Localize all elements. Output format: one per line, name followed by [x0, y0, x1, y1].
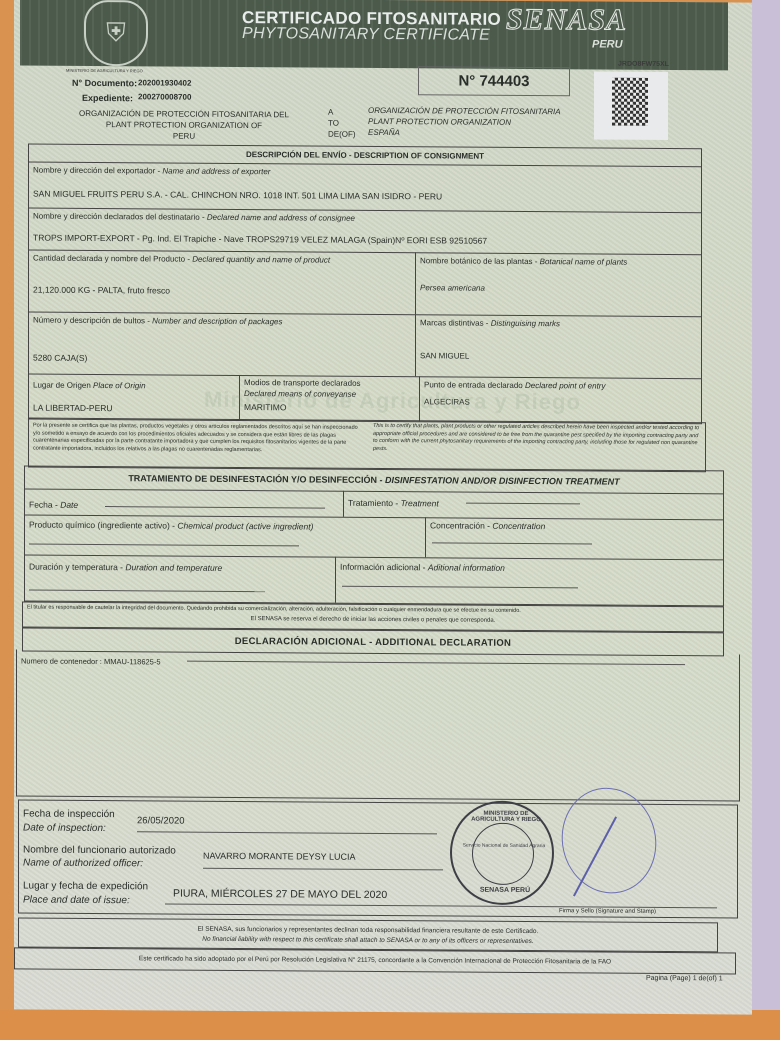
duration-field — [29, 590, 265, 593]
adoption-box: Este certificado ha sido adoptado por el… — [14, 947, 736, 974]
packages-label: Número y descripción de bultos - Number … — [33, 316, 282, 327]
envelope-background — [0, 1010, 780, 1040]
qr-code — [594, 71, 668, 140]
concentration-field — [432, 542, 592, 544]
expediente-value: 200270008700 — [138, 92, 191, 101]
quantity-cell: Cantidad declarada y nombre del Producto… — [29, 250, 415, 315]
treatment-date-label: Fecha - Date — [29, 500, 78, 510]
consignee-label: Nombre y dirección declarados del destin… — [33, 212, 355, 223]
issue-place-label-es: Lugar y fecha de expedición — [23, 880, 148, 892]
concentration-label: Concentración - Concentration — [430, 520, 545, 531]
origin-value: LA LIBERTAD-PERU — [33, 403, 113, 414]
marks-label: Marcas distintivas - Distinguising marks — [420, 318, 560, 328]
inspection-date-label-en: Date of inspection: — [23, 822, 106, 834]
exporter-value: SAN MIGUEL FRUITS PERU S.A. - CAL. CHINC… — [33, 189, 442, 202]
concentration-cell: Concentración - Concentration — [425, 517, 723, 559]
additional-info-cell: Información adicional - Aditional inform… — [335, 557, 723, 606]
stamp-inner-text: Servicio Nacional de Sanidad Agraria — [462, 843, 546, 850]
officer-label-es: Nombre del funcionario autorizado — [23, 844, 176, 856]
treatment-date-cell: Fecha - Date — [25, 489, 343, 517]
adoption-text: Este certificado ha sido adoptado por el… — [15, 954, 735, 967]
signature-label: Firma y Sello (Signature and Stamp) — [559, 908, 656, 915]
senasa-logo: SENASA — [506, 3, 627, 38]
page-indicator: Pagina (Page) 1 de(of) 1 — [646, 975, 723, 983]
duration-label: Duración y temperatura - Duration and te… — [29, 562, 222, 573]
inspection-date-line — [137, 831, 437, 834]
qr-code-icon — [612, 78, 648, 126]
chemical-label: Producto químico (ingrediente activo) - … — [29, 520, 313, 532]
to-labels: A TO DE(OF) — [328, 107, 356, 140]
officer-label-en: Name of authorized officer: — [23, 857, 143, 869]
from-org-line1: ORGANIZACIÓN DE PROTECCIÓN FITOSANITARIA… — [54, 108, 314, 121]
certification-statement: Por la presente se certifica que las pla… — [28, 418, 706, 473]
additional-info-field — [342, 586, 578, 589]
qr-code-label: JRDO8FW75XL — [618, 61, 669, 68]
to-label-to: TO — [328, 118, 356, 129]
treatment-type-label: Tratamiento - Treatment — [348, 498, 439, 509]
issue-place-value: PIURA, MIÉRCOLES 27 DE MAYO DEL 2020 — [173, 888, 387, 901]
chemical-cell: Producto químico (ingrediente activo) - … — [25, 515, 425, 558]
origin-label: Lugar de Origen Place of Origin — [33, 381, 146, 391]
officer-line — [203, 868, 443, 871]
stamp-crest-icon — [472, 823, 534, 885]
issue-place-line — [165, 903, 717, 908]
treatment-date-field — [105, 506, 325, 509]
to-label-a: A — [328, 107, 356, 118]
senasa-country: PERU — [592, 38, 623, 50]
packages-cell: Número y descripción de bultos - Number … — [29, 312, 415, 377]
certification-text-es: Por la presente se certifica que las pla… — [33, 423, 361, 455]
botanical-value: Persea americana — [420, 283, 485, 292]
container-number: Numero de contenedor : MMAU-118625-5 — [21, 656, 161, 666]
botanical-label: Nombre botánico de las plantas - Botanic… — [420, 256, 627, 266]
liability-box: El SENASA, sus funcionarios y representa… — [18, 917, 718, 952]
documento-label: N° Documento: — [72, 78, 137, 88]
to-label-de: DE(OF) — [328, 129, 356, 140]
disclaimer-line2: El SENASA se reserva el derecho de inici… — [23, 614, 723, 626]
liability-en: No financial liability with respect to t… — [19, 934, 717, 946]
exporter-label: Nombre y dirección del exportador - Name… — [33, 166, 270, 177]
quantity-label: Cantidad declarada y nombre del Producto… — [33, 254, 330, 265]
additional-info-label: Información adicional - Aditional inform… — [340, 562, 505, 573]
consignment-title: DESCRIPCIÓN DEL ENVÍO - DESCRIPTION OF C… — [29, 149, 701, 163]
certificate-number: N° 744403 — [418, 66, 570, 96]
documento-value: 202001930402 — [138, 78, 191, 87]
to-org-country: ESPAÑA — [368, 127, 561, 139]
packages-value: 5280 CAJA(S) — [33, 353, 87, 363]
issue-place-label-en: Place and date of issue: — [23, 894, 130, 906]
phytosanitary-certificate: ⛨ CERTIFICADO FITOSANITARIO PHYTOSANITAR… — [14, 0, 752, 1015]
title-english: PHYTOSANITARY CERTIFICATE — [242, 25, 490, 45]
exporter-cell: Nombre y dirección del exportador - Name… — [29, 162, 701, 213]
quantity-value: 21,120.000 KG - PALTA, fruto fresco — [33, 285, 170, 296]
peru-coat-of-arms-icon: ⛨ — [84, 0, 148, 66]
background-surface — [752, 0, 780, 1040]
from-org-country: PERU — [54, 130, 314, 143]
treatment-table: TRATAMIENTO DE DESINFESTACIÓN Y/O DESINF… — [24, 465, 724, 606]
officer-value: NAVARRO MORANTE DEYSY LUCIA — [203, 851, 356, 862]
consignee-cell: Nombre y dirección declarados del destin… — [29, 208, 701, 255]
additional-declaration-title: DECLARACIÓN ADICIONAL - ADDITIONAL DECLA… — [23, 634, 723, 650]
marks-value: SAN MIGUEL — [420, 351, 469, 360]
treatment-type-cell: Tratamiento - Treatment — [343, 491, 723, 520]
inspection-date-value: 26/05/2020 — [137, 815, 185, 826]
ministry-caption: MINISTERIO DE AGRICULTURA Y RIEGO — [66, 68, 143, 74]
container-number-line — [187, 661, 685, 665]
official-stamp: MINISTERIO DE AGRICULTURA Y RIEGO Servic… — [450, 800, 554, 905]
consignment-table: DESCRIPCIÓN DEL ENVÍO - DESCRIPTION OF C… — [28, 144, 702, 425]
chemical-field — [29, 544, 299, 547]
treatment-type-field — [466, 503, 580, 505]
certification-text-en: This is to certify that plants, plant pr… — [373, 423, 701, 455]
additional-declaration-box: Numero de contenedor : MMAU-118625-5 — [16, 649, 740, 801]
from-organization: ORGANIZACIÓN DE PROTECCIÓN FITOSANITARIA… — [54, 108, 314, 143]
ministry-watermark: Ministerio de Agricultura y Riego — [204, 387, 581, 416]
botanical-cell: Nombre botánico de las plantas - Botanic… — [415, 252, 701, 316]
expediente-label: Expediente: — [82, 93, 133, 103]
duration-cell: Duración y temperatura - Duration and te… — [25, 555, 335, 603]
stamp-top-text: MINISTERIO DE AGRICULTURA Y RIEGO — [466, 811, 546, 824]
stamp-bottom-text: SENASA PERÚ — [470, 887, 540, 894]
treatment-title: TRATAMIENTO DE DESINFESTACIÓN Y/O DESINF… — [25, 473, 723, 488]
to-organization: ORGANIZACIÓN DE PROTECCIÓN FITOSANITARIA… — [368, 105, 561, 139]
consignee-value: TROPS IMPORT-EXPORT - Pg. Ind. El Trapic… — [33, 233, 487, 246]
marks-cell: Marcas distintivas - Distinguising marks… — [415, 314, 701, 378]
inspection-date-label-es: Fecha de inspección — [23, 808, 115, 820]
